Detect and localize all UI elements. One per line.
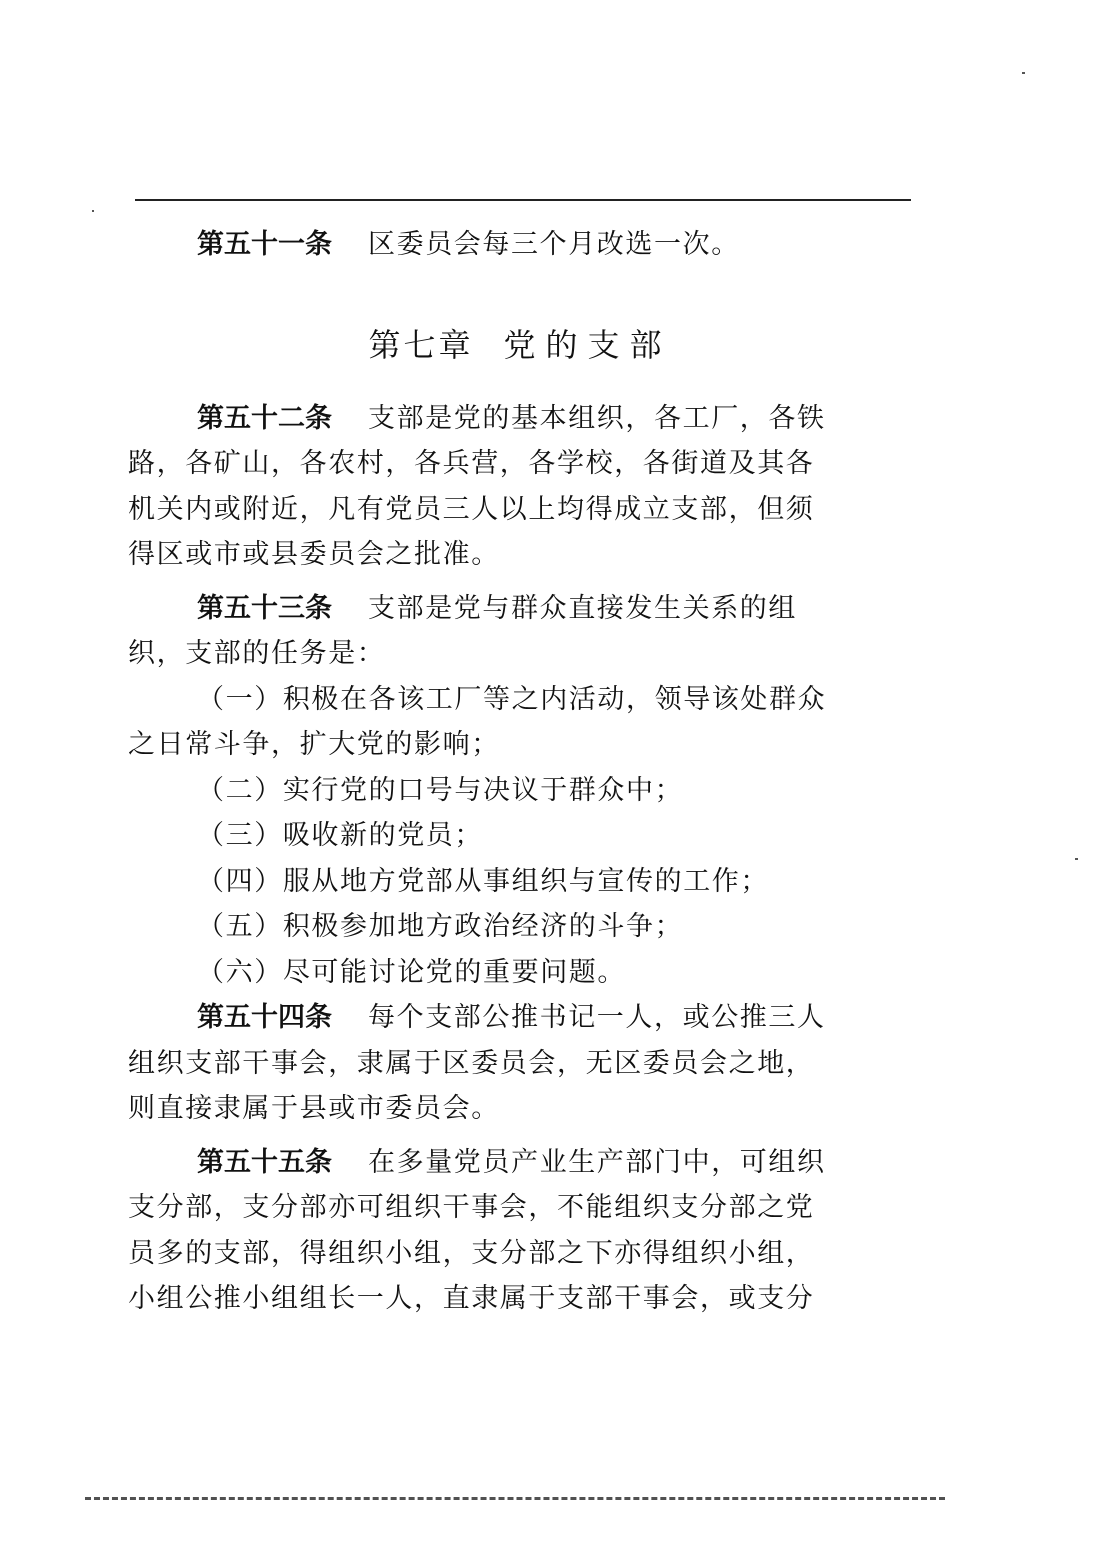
list-item-continuation: 之日常斗争，扩大党的影响；: [128, 722, 912, 768]
text-line: 员多的支部，得组织小组，支分部之下亦得组织小组，: [128, 1231, 912, 1277]
item-text: 积极参加地方政治经济的斗争；: [283, 911, 683, 942]
chapter-number: 第七章: [368, 326, 473, 364]
item-marker: （五）: [197, 911, 283, 942]
item-text: 实行党的口号与决议于群众中；: [283, 775, 683, 806]
text-line: 路，各矿山，各农村，各兵营，各学校，各街道及其各: [128, 441, 912, 487]
item-text: 尽可能讨论党的重要问题。: [283, 957, 626, 988]
article-55: 第五十五条在多量党员产业生产部门中，可组织 支分部，支分部亦可组织干事会，不能组…: [128, 1140, 912, 1322]
bottom-rule: [85, 1497, 945, 1500]
article-text: 支部是党与群众直接发生关系的组: [368, 593, 797, 624]
list-item: （五）积极参加地方政治经济的斗争；: [128, 904, 912, 950]
item-text: 积极在各该工厂等之内活动，领导该处群众: [283, 684, 826, 715]
article-54: 第五十四条每个支部公推书记一人，或公推三人 组织支部干事会，隶属于区委员会，无区…: [128, 995, 912, 1132]
article-text: 支部是党的基本组织，各工厂，各铁: [368, 403, 826, 434]
item-text: 吸收新的党员；: [283, 820, 483, 851]
article-label: 第五十四条: [197, 1002, 332, 1033]
text-line: 得区或市或县委员会之批准。: [128, 532, 912, 578]
item-marker: （三）: [197, 820, 283, 851]
article-text: 每个支部公推书记一人，或公推三人: [368, 1002, 826, 1033]
text-line: 第五十四条每个支部公推书记一人，或公推三人: [128, 995, 912, 1041]
scan-speck: [1075, 858, 1078, 860]
list-item: （二）实行党的口号与决议于群众中；: [128, 768, 912, 814]
page-body: 第五十一条区委员会每三个月改选一次。 第七章党的支部 第五十二条支部是党的基本组…: [128, 222, 912, 1322]
text-line: 则直接隶属于县或市委员会。: [128, 1086, 912, 1132]
text-line: 第五十五条在多量党员产业生产部门中，可组织: [128, 1140, 912, 1186]
item-marker: （四）: [197, 866, 283, 897]
item-marker: （二）: [197, 775, 283, 806]
spacer: [128, 578, 912, 586]
text-line: 组织支部干事会，隶属于区委员会，无区委员会之地，: [128, 1041, 912, 1087]
article-label: 第五十一条: [197, 229, 332, 260]
article-label: 第五十五条: [197, 1147, 332, 1178]
article-text: 区委员会每三个月改选一次。: [368, 229, 740, 260]
article-53: 第五十三条支部是党与群众直接发生关系的组 织，支部的任务是： （一）积极在各该工…: [128, 586, 912, 996]
item-marker: （六）: [197, 957, 283, 988]
text-line: 机关内或附近，凡有党员三人以上均得成立支部，但须: [128, 487, 912, 533]
text-line: 支分部，支分部亦可组织干事会，不能组织支分部之党: [128, 1185, 912, 1231]
spacer: [128, 1132, 912, 1140]
list-item: （三）吸收新的党员；: [128, 813, 912, 859]
item-text: 服从地方党部从事组织与宣传的工作；: [283, 866, 769, 897]
list-item: （一）积极在各该工厂等之内活动，领导该处群众: [128, 677, 912, 723]
text-line: 织，支部的任务是：: [128, 631, 912, 677]
text-line: 第五十二条支部是党的基本组织，各工厂，各铁: [128, 396, 912, 442]
article-text: 在多量党员产业生产部门中，可组织: [368, 1147, 826, 1178]
scan-speck: [92, 210, 94, 212]
top-rule: [135, 199, 911, 201]
text-line: 小组公推小组组长一人，直隶属于支部干事会，或支分: [128, 1276, 912, 1322]
article-label: 第五十三条: [197, 593, 332, 624]
chapter-title: 党的支部: [504, 326, 672, 364]
list-item: （六）尽可能讨论党的重要问题。: [128, 950, 912, 996]
article-label: 第五十二条: [197, 403, 332, 434]
list-item: （四）服从地方党部从事组织与宣传的工作；: [128, 859, 912, 905]
text-line: 第五十三条支部是党与群众直接发生关系的组: [128, 586, 912, 632]
scan-speck: [1022, 72, 1025, 74]
article-52: 第五十二条支部是党的基本组织，各工厂，各铁 路，各矿山，各农村，各兵营，各学校，…: [128, 396, 912, 578]
chapter-heading: 第七章党的支部: [128, 320, 912, 370]
item-marker: （一）: [197, 684, 283, 715]
article-51: 第五十一条区委员会每三个月改选一次。: [128, 222, 912, 268]
